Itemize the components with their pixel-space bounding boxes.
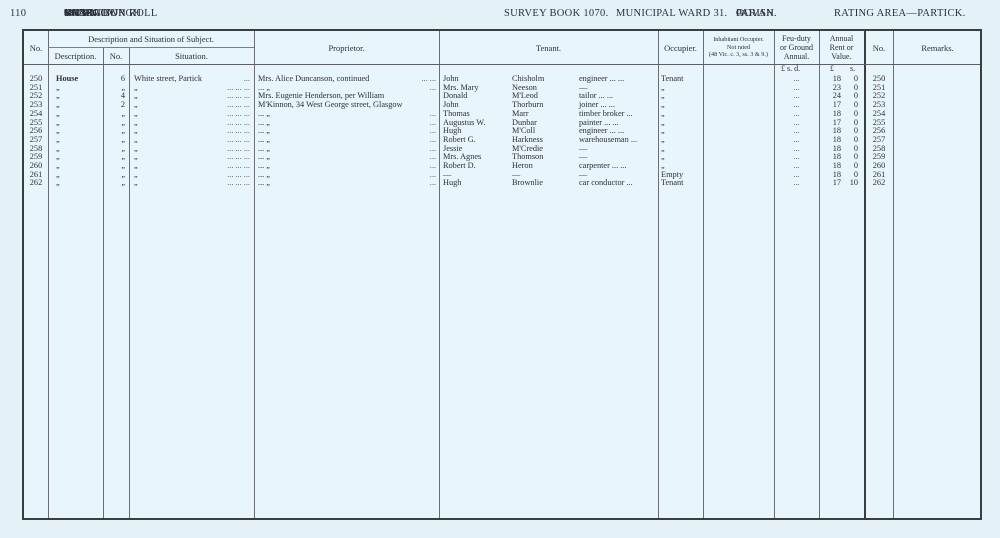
header-occupier: Occupier. [658, 31, 703, 64]
situation: „ [134, 109, 138, 118]
rent-shillings: 0 [844, 161, 858, 170]
situation-dots: ... ... ... [174, 144, 250, 153]
tenant-surname: Heron [512, 161, 533, 170]
occupier: „ [661, 118, 665, 127]
proprietor-dots: ... ... [384, 74, 436, 83]
survey-book: SURVEY BOOK 1070. [504, 8, 609, 19]
situation-dots: ... ... ... [174, 118, 250, 127]
situation-dots: ... ... ... [174, 91, 250, 100]
entry-no-right: 260 [865, 161, 893, 170]
rent-shillings: 0 [844, 118, 858, 127]
rent-shillings: 0 [844, 83, 858, 92]
rent-pounds: 18 [824, 152, 841, 161]
occupier: „ [661, 161, 665, 170]
rent-shillings: 0 [844, 126, 858, 135]
proprietor-dots: ... [384, 109, 436, 118]
header-inhabitant-occupier: Inhabitant Occupier. Not rated (48 Vic. … [703, 31, 774, 64]
header-no-right: No. [865, 31, 893, 64]
tenant-first-name: Mrs. Mary [443, 83, 479, 92]
situation: „ [134, 100, 138, 109]
situation-dots: ... ... ... [174, 170, 250, 179]
table-row: 262 „ „ „ ... ... ... ... „ ... Hugh Bro… [24, 178, 980, 187]
tenant-surname: M'Coll [512, 126, 535, 135]
proprietor: ... „ [258, 118, 270, 127]
occupier: „ [661, 83, 665, 92]
entry-no: 261 [24, 170, 48, 179]
rent-shillings: 0 [844, 144, 858, 153]
entry-no-right: 257 [865, 135, 893, 144]
header-tenant: Tenant. [439, 31, 658, 64]
situation-dots: ... ... ... [174, 126, 250, 135]
entry-no-right: 253 [865, 100, 893, 109]
header-subject-no: No. [103, 47, 129, 64]
table-row: 255 „ „ „ ... ... ... ... „ ... Augustus… [24, 118, 980, 127]
subject-no: „ [103, 135, 125, 144]
table-row: 254 „ „ „ ... ... ... ... „ ... Thomas M… [24, 109, 980, 118]
rent-shillings: 0 [844, 74, 858, 83]
description: „ [56, 161, 60, 170]
feu-units: £ s. d. [781, 64, 800, 73]
subject-no: 6 [103, 74, 125, 83]
description: „ [56, 109, 60, 118]
proprietor-dots: ... [384, 144, 436, 153]
situation: „ [134, 118, 138, 127]
proprietor: ... „ [258, 152, 270, 161]
table-row: 250 House 6 White street, Partick ... Mr… [24, 74, 980, 83]
tenant-first-name: John [443, 74, 459, 83]
feu-duty: ... [774, 74, 819, 83]
situation: „ [134, 161, 138, 170]
occupier: „ [661, 152, 665, 161]
header-rule [24, 64, 980, 65]
tenant-first-name: Mrs. Agnes [443, 152, 481, 161]
table-row: 261 „ „ „ ... ... ... ... „ ... — — — Em… [24, 170, 980, 179]
tenant-first-name: Augustus W. [443, 118, 485, 127]
proprietor-dots: ... [384, 83, 436, 92]
tenant-occupation: tailor ... ... [579, 91, 613, 100]
rent-pounds: 17 [824, 100, 841, 109]
proprietor: ... „ [258, 178, 270, 187]
description: „ [56, 178, 60, 187]
subject-no: „ [103, 178, 125, 187]
proprietor-dots: ... [384, 126, 436, 135]
table-row: 251 „ „ „ ... ... ... ... „ ... Mrs. Mar… [24, 83, 980, 92]
entry-no: 257 [24, 135, 48, 144]
subject-no: „ [103, 161, 125, 170]
situation: „ [134, 126, 138, 135]
situation-dots: ... ... ... [174, 178, 250, 187]
municipal-ward: MUNICIPAL WARD 31. [616, 8, 727, 19]
tenant-surname: Dunbar [512, 118, 537, 127]
proprietor: ... „ [258, 144, 270, 153]
header-description-situation: Description and Situation of Subject. [48, 31, 254, 47]
table-row: 252 „ 4 „ ... ... ... Mrs. Eugenie Hende… [24, 91, 980, 100]
feu-duty: ... [774, 170, 819, 179]
feu-duty: ... [774, 178, 819, 187]
table-row: 256 „ „ „ ... ... ... ... „ ... Hugh M'C… [24, 126, 980, 135]
description: „ [56, 135, 60, 144]
proprietor-dots: ... [384, 178, 436, 187]
entry-no-right: 262 [865, 178, 893, 187]
tenant-surname: M'Credie [512, 144, 543, 153]
tenant-surname: Chisholm [512, 74, 544, 83]
situation-dots: ... ... ... [174, 152, 250, 161]
proprietor: ... „ [258, 126, 270, 135]
tenant-occupation: painter ... ... [579, 118, 619, 127]
situation-dots: ... ... ... [174, 135, 250, 144]
rent-shillings: 10 [844, 178, 858, 187]
proprietor: Mrs. Eugenie Henderson, per William [258, 91, 384, 100]
proprietor-dots: ... [384, 170, 436, 179]
tenant-first-name: Donald [443, 91, 467, 100]
entry-no: 256 [24, 126, 48, 135]
header-no: No. [24, 31, 48, 64]
occupier: Tenant [661, 74, 683, 83]
tenant-surname: — [512, 170, 520, 179]
rent-pounds: 18 [824, 126, 841, 135]
occupier: „ [661, 135, 665, 144]
rent-shillings: 0 [844, 91, 858, 100]
tenant-occupation: — [579, 152, 587, 161]
rent-pounds: 18 [824, 144, 841, 153]
situation: „ [134, 91, 138, 100]
rent-pounds: 18 [824, 74, 841, 83]
tenant-occupation: car conductor ... [579, 178, 633, 187]
situation-dots: ... ... ... [174, 100, 250, 109]
entry-no: 252 [24, 91, 48, 100]
rent-shillings: 0 [844, 152, 858, 161]
feu-duty: ... [774, 152, 819, 161]
tenant-surname: Thorburn [512, 100, 543, 109]
rent-pounds: 17 [824, 178, 841, 187]
proprietor: M'Kinnon, 34 West George street, Glasgow [258, 100, 403, 109]
description: House [56, 74, 78, 83]
proprietor: ... „ [258, 135, 270, 144]
proprietor: ... „ [258, 170, 270, 179]
tenant-occupation: joiner ... ... [579, 100, 615, 109]
occupier: Tenant [661, 178, 683, 187]
header-description: Description. [48, 47, 103, 64]
tenant-surname: M'Leod [512, 91, 538, 100]
entry-no: 253 [24, 100, 48, 109]
proprietor-dots: ... [384, 152, 436, 161]
tenant-occupation: — [579, 83, 587, 92]
occupier: Empty [661, 170, 683, 179]
tenant-first-name: Hugh [443, 126, 461, 135]
situation: „ [134, 135, 138, 144]
entry-no-right: 258 [865, 144, 893, 153]
valuation-roll-table: No. Description and Situation of Subject… [22, 29, 982, 520]
entry-no: 260 [24, 161, 48, 170]
table-row: 259 „ „ „ ... ... ... ... „ ... Mrs. Agn… [24, 152, 980, 161]
rent-pounds: 18 [824, 170, 841, 179]
entry-no: 259 [24, 152, 48, 161]
situation-dots: ... ... ... [174, 161, 250, 170]
situation-dots: ... ... ... [174, 109, 250, 118]
entry-no-right: 259 [865, 152, 893, 161]
description: „ [56, 118, 60, 127]
tenant-surname: Marr [512, 109, 529, 118]
page-number: 110 [10, 8, 26, 19]
subject-no: 4 [103, 91, 125, 100]
subject-no: „ [103, 144, 125, 153]
situation: „ [134, 152, 138, 161]
tenant-occupation: warehouseman ... [579, 135, 637, 144]
description: „ [56, 144, 60, 153]
feu-duty: ... [774, 161, 819, 170]
subject-no: 2 [103, 100, 125, 109]
tenant-first-name: — [443, 170, 451, 179]
header-feu-duty: Feu-duty or Ground Annual. [774, 31, 819, 64]
tenant-first-name: Thomas [443, 109, 470, 118]
tenant-occupation: — [579, 144, 587, 153]
proprietor: ... „ [258, 109, 270, 118]
description: „ [56, 152, 60, 161]
subject-no: „ [103, 126, 125, 135]
entry-no: 258 [24, 144, 48, 153]
proprietor: ... „ [258, 161, 270, 170]
tenant-occupation: engineer ... ... [579, 74, 624, 83]
occupier: „ [661, 109, 665, 118]
rating-area: RATING AREA—PARTICK. [834, 8, 966, 19]
tenant-surname: Neeson [512, 83, 537, 92]
header-situation: Situation. [129, 47, 254, 64]
tenant-first-name: John [443, 100, 459, 109]
entry-no: 255 [24, 118, 48, 127]
rent-shillings: 0 [844, 135, 858, 144]
tenant-surname: Brownlie [512, 178, 543, 187]
table-row: 260 „ „ „ ... ... ... ... „ ... Robert D… [24, 161, 980, 170]
rent-pounds: 17 [824, 118, 841, 127]
feu-duty: ... [774, 100, 819, 109]
occupier: „ [661, 91, 665, 100]
rent-shillings: 0 [844, 170, 858, 179]
rent-pounds: 23 [824, 83, 841, 92]
rent-shillings: 0 [844, 109, 858, 118]
proprietor-dots: ... [384, 161, 436, 170]
tenant-first-name: Robert G. [443, 135, 476, 144]
proprietor: ... „ [258, 83, 270, 92]
situation-dots: ... [174, 74, 250, 83]
feu-duty: ... [774, 91, 819, 100]
entry-no-right: 250 [865, 74, 893, 83]
tenant-first-name: Hugh [443, 178, 461, 187]
entry-no: 250 [24, 74, 48, 83]
feu-duty: ... [774, 109, 819, 118]
feu-duty: ... [774, 118, 819, 127]
running-head: 110 VALUATION ROLL for the CITY and ROYA… [6, 8, 982, 24]
rent-pounds: 18 [824, 161, 841, 170]
feu-duty: ... [774, 126, 819, 135]
entry-no: 262 [24, 178, 48, 187]
entry-no-right: 254 [865, 109, 893, 118]
occupier: „ [661, 100, 665, 109]
situation-dots: ... ... ... [174, 83, 250, 92]
occupier: „ [661, 144, 665, 153]
proprietor: Mrs. Alice Duncanson, continued [258, 74, 369, 83]
entry-no-right: 252 [865, 91, 893, 100]
situation: „ [134, 83, 138, 92]
tenant-surname: Thomson [512, 152, 543, 161]
header-proprietor: Proprietor. [254, 31, 439, 64]
tenant-first-name: Robert D. [443, 161, 476, 170]
proprietor-dots: ... [384, 135, 436, 144]
proprietor-dots: ... [384, 118, 436, 127]
description: „ [56, 100, 60, 109]
header-annual-rent: Annual Rent or Value. [819, 31, 864, 64]
situation: „ [134, 178, 138, 187]
table-row: 257 „ „ „ ... ... ... ... „ ... Robert G… [24, 135, 980, 144]
tenant-first-name: Jessie [443, 144, 462, 153]
rent-shillings: 0 [844, 100, 858, 109]
rent-pounds: 18 [824, 109, 841, 118]
tenant-occupation: carpenter ... ... [579, 161, 626, 170]
subject-no: „ [103, 83, 125, 92]
tenant-surname: Harkness [512, 135, 543, 144]
description: „ [56, 83, 60, 92]
description: „ [56, 91, 60, 100]
tenant-occupation: timber broker ... [579, 109, 633, 118]
rent-pounds: 24 [824, 91, 841, 100]
rent-shillings-unit: s. [850, 64, 855, 73]
feu-duty: ... [774, 144, 819, 153]
feu-duty: ... [774, 83, 819, 92]
entry-no-right: 251 [865, 83, 893, 92]
tenant-occupation: engineer ... ... [579, 126, 624, 135]
tenant-occupation: — [579, 170, 587, 179]
subject-no: „ [103, 118, 125, 127]
entry-no-right: 256 [865, 126, 893, 135]
entry-no-right: 255 [865, 118, 893, 127]
entry-no: 254 [24, 109, 48, 118]
situation: „ [134, 170, 138, 179]
table-row: 253 „ 2 „ ... ... ... M'Kinnon, 34 West … [24, 100, 980, 109]
rent-pounds: 18 [824, 135, 841, 144]
header-remarks: Remarks. [893, 31, 982, 64]
subject-no: „ [103, 109, 125, 118]
rent-pounds-unit: £ [830, 64, 834, 73]
subject-no: „ [103, 152, 125, 161]
occupier: „ [661, 126, 665, 135]
feu-duty: ... [774, 135, 819, 144]
entry-no: 251 [24, 83, 48, 92]
table-row: 258 „ „ „ ... ... ... ... „ ... Jessie M… [24, 144, 980, 153]
subject-no: „ [103, 170, 125, 179]
entry-no-right: 261 [865, 170, 893, 179]
description: „ [56, 126, 60, 135]
description: „ [56, 170, 60, 179]
situation: „ [134, 144, 138, 153]
